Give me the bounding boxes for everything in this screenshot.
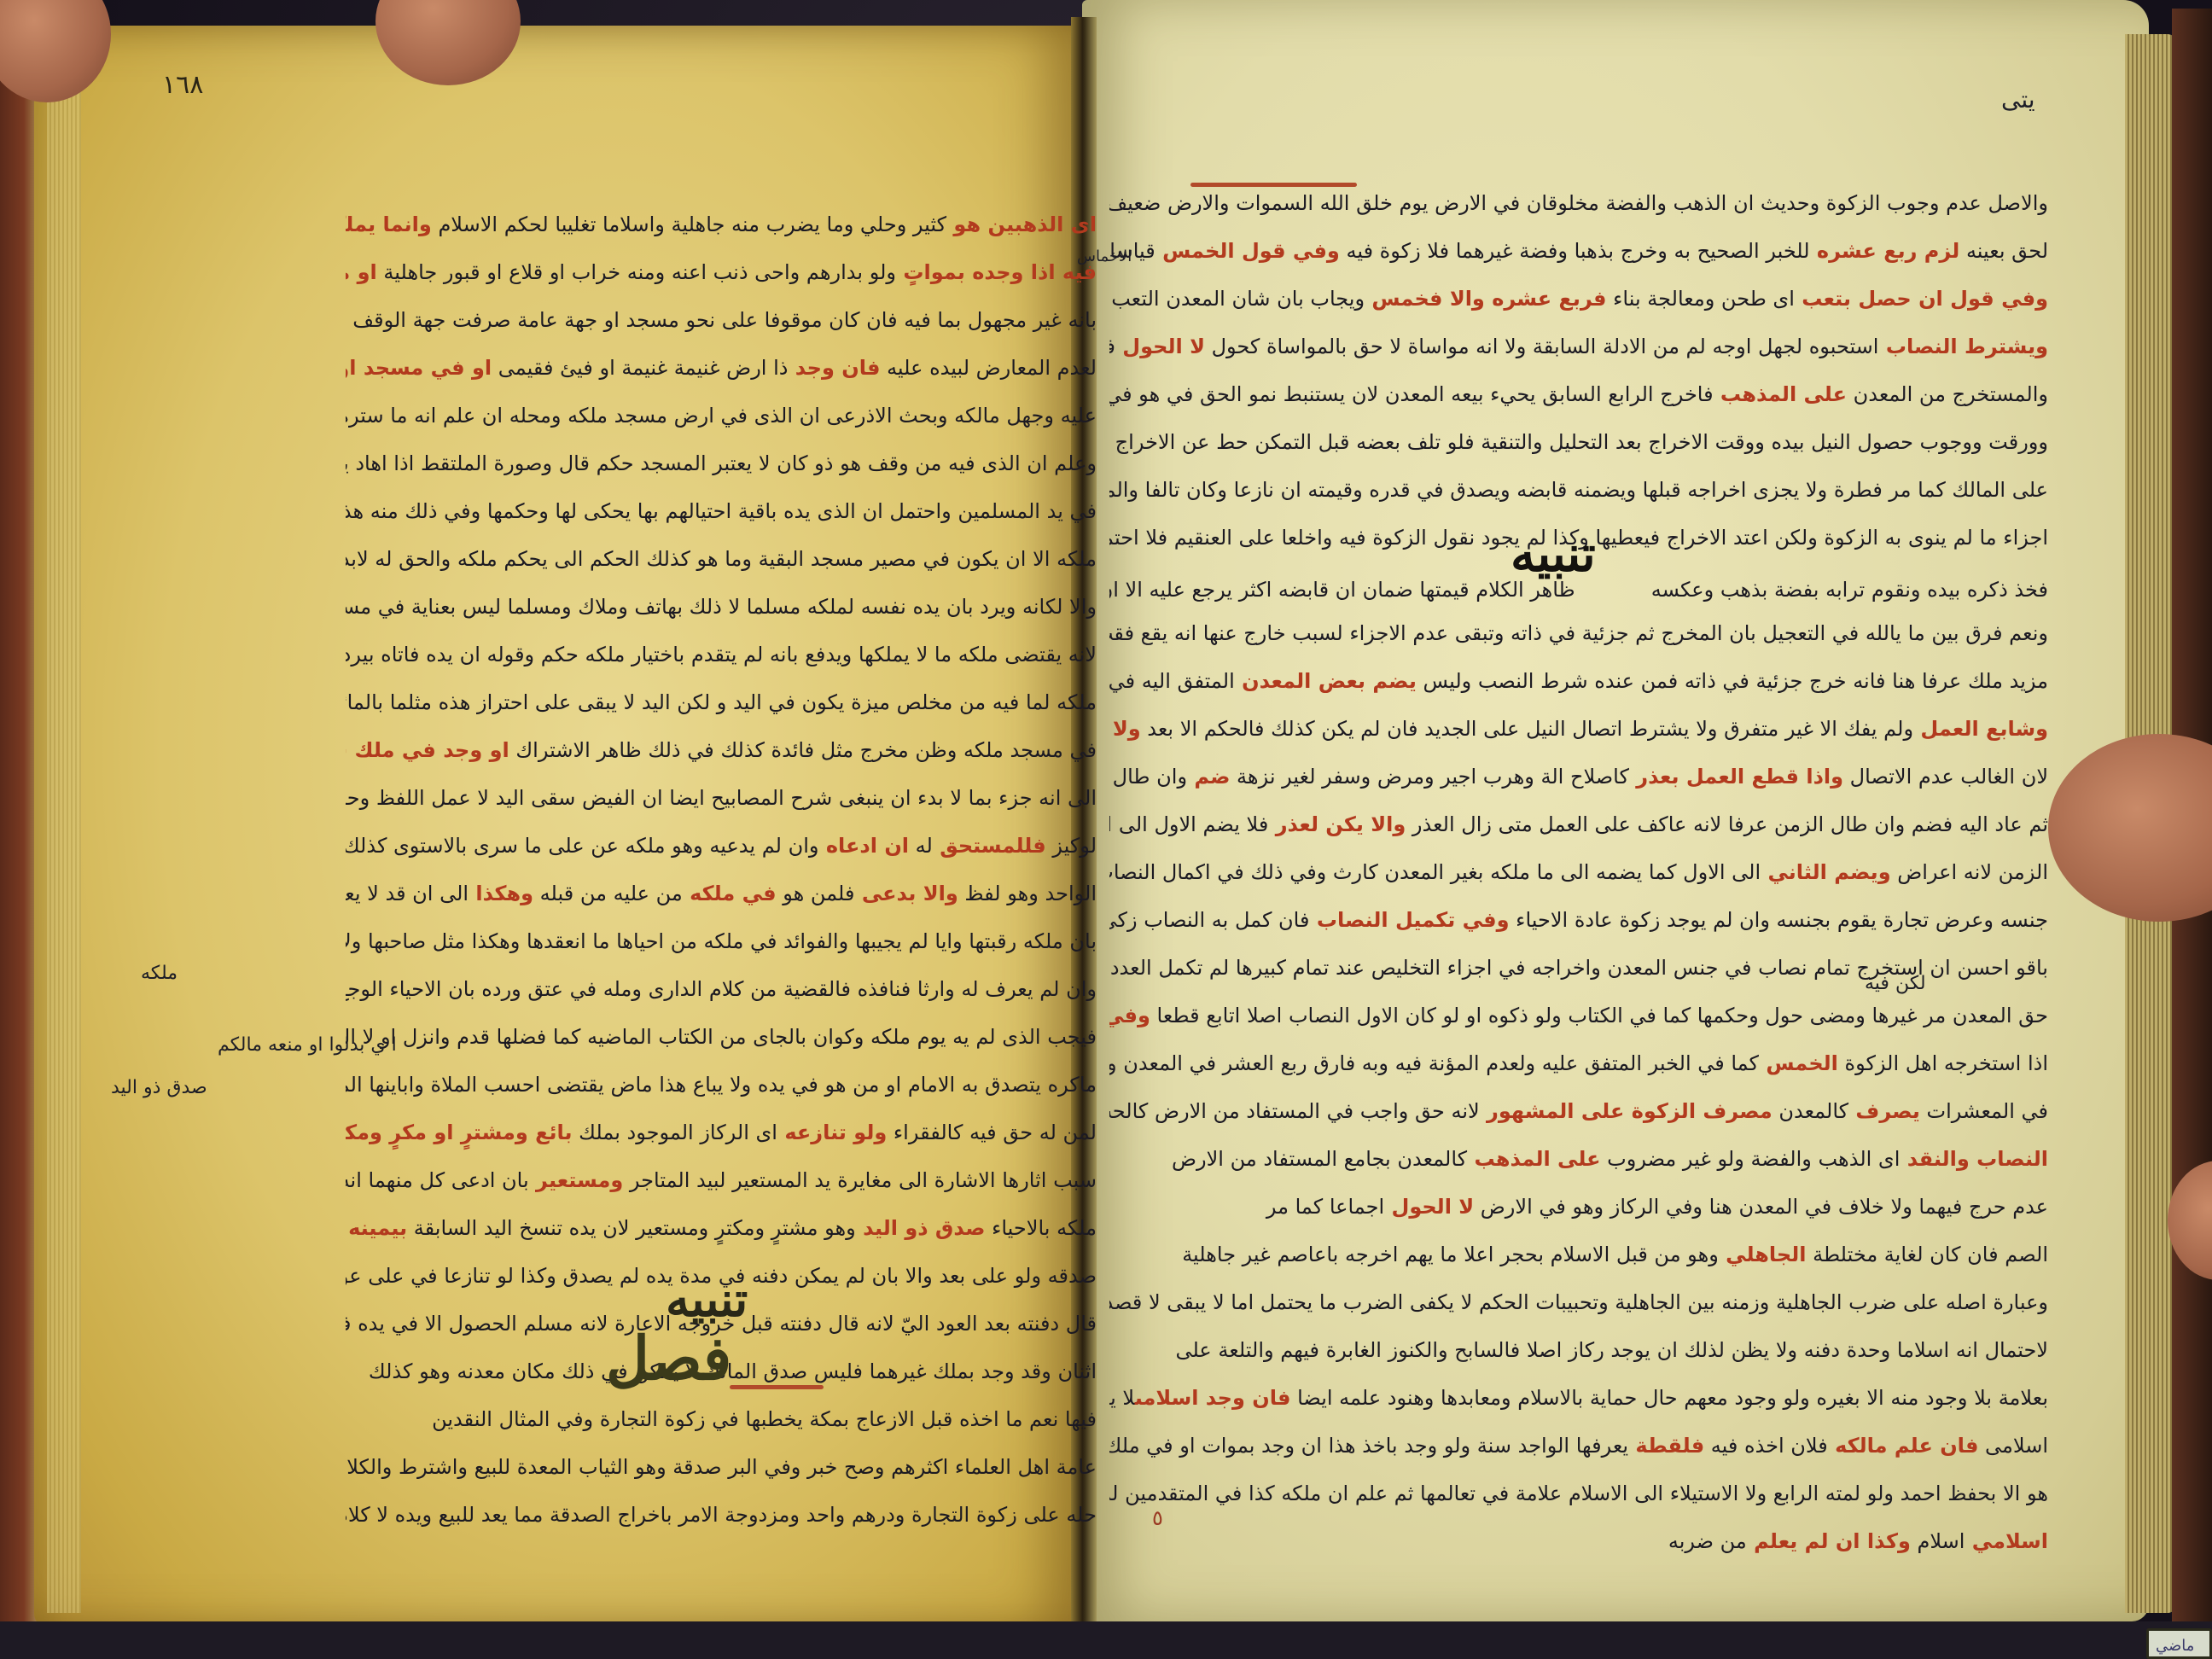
body-text: ولو بدارهم واحى ذنب اعنه ومنه خراب او قل… [377,260,896,284]
body-text: والاصل عدم وجوب الزكوة وحديث ان الذهب وا… [1109,191,2048,215]
body-text: سبب اثارها الاشارة الى مغايرة يد المستعي… [623,1168,1097,1192]
rubric-overline [730,1385,824,1389]
manuscript-line: لعدم المعارض لبيده عليه فان وجد ذا ارض غ… [346,344,1097,392]
body-text: الواحد وهو لفظ [958,882,1097,905]
fasl-heading: فصل [606,1323,731,1394]
rubric-text: لا الحول [1115,335,1205,358]
body-text: له الا الوقف [1109,1481,1118,1505]
manuscript-line: والا لكانه ويرد بان يده نفسه لملكه مسلما… [346,583,1097,631]
margin-note-left-2: ا ي بدلوا او منعه مالكم [218,1034,397,1056]
manuscript-line: هو الا بحفظ احمد ولو لمته الرابع ولا الا… [1109,1470,2048,1517]
body-text: ولم يفك الا غير متفرق ولا يشترط اتصال ال… [1141,717,1913,741]
body-text: مزيد ملك عرفا هنا فانه خرج جزئية في ذاته… [1417,669,2048,693]
body-text: اى طحن ومعالجة بناء [1607,287,1795,311]
manuscript-line: ملكه لما فيه من مخلص ميزة يكون في اليد و… [346,678,1097,726]
body-text: لانه حق واجب في المستفاد من الارض كالحب … [1109,1099,1480,1123]
body-text: لا يمكن ان لا يعلم [1109,1386,1135,1410]
rubric-text: واذا قطع العمل بعذر [1629,765,1843,789]
body-text: في زكوة التجارة وفي المثال النقدين [432,1407,739,1431]
rubric-text: صدق ذو اليد [856,1216,986,1240]
body-text: له [909,834,933,858]
body-text: وان طال الزمن عرفا لان ذلك يعد عملا [1109,765,1187,789]
rubric-text: بيمينه [346,1216,407,1240]
rubric-text: او ملك احياه [346,260,377,284]
body-text: ظاهر الكلام قيمتها ضمان ان قابضه اكثر ير… [1109,578,1575,602]
manuscript-line: اى الذهبين هو كثير وحلي وما يضرب منه جاه… [346,201,1097,248]
body-text: ويجاب بان شان المعدن التعب والركاز عدمه … [1109,287,1365,311]
manuscript-line: على المالك كما مر فطرة ولا يجزى اخراجه ق… [1109,466,2048,514]
rubric-text: الخمس [1759,1051,1838,1075]
rubric-text: والا يكن لعذر [1268,812,1406,836]
manuscript-line: ثم عاد اليه فضم وان طال الزمن عرفا لانه … [1109,800,2048,848]
folio-mark: ٥ [1152,1506,1163,1530]
manuscript-line: وفي قول ان حصل بتعب اى طحن ومعالجة بناء … [1109,275,2048,323]
manuscript-line: بعلامة بلا وجود منه الا بغيره ولو وجود م… [1109,1374,2048,1422]
rubric-text: ولو تنازعه [777,1121,887,1144]
manuscript-line: الى انه جزء بما لا بدء ان ينبغى شرح المص… [346,774,1097,822]
rubric-text: الجاهلي [1719,1243,1807,1266]
library-label: ماضي [2146,1628,2212,1659]
rubric-text: فربع عشره والا فخمس [1365,287,1606,311]
manuscript-line: بانه غير مجهول بما فيه فان كان موقوفا عل… [346,296,1097,344]
catchword: يتى [2001,85,2035,114]
left-page-stack [47,77,81,1613]
body-text: ونعم فرق بين ما يالله في التعجيل بان الم… [1109,621,2048,645]
manuscript-line: سبب اثارها الاشارة الى مغايرة يد المستعي… [346,1156,1097,1204]
body-text: الصم [1999,1243,2048,1266]
body-text: كما في الخبر المتفق عليه ولعدم المؤنة في… [1109,1051,1759,1075]
body-text: اى الركاز الموجود بملك [573,1121,777,1144]
body-text: فلا يضم الاول الى الثانى في اكمال النصاب… [1109,812,1268,836]
body-text: وان لم يعرف له وارثا فنافذه فالقضية من ك… [346,977,1097,1001]
body-text: ملكه بالاحياء [985,1216,1097,1240]
body-text: في مسجد ملكه وظن مخرج مثل فائدة كذلك في … [509,738,1097,762]
body-text: اى الذهب والفضة [1744,1147,1901,1171]
rubric-text: او وجد في ملك شخص [346,738,509,762]
body-text: كاصلاح الة وهرب اجير ومرض وسفر لغير نزهة [1230,765,1628,789]
rubric-text: وانما يملكه اى الجاهلى الواجد له وتلزمه … [346,212,432,236]
manuscript-line: وشابع العمل ولم يفك الا غير متفرق ولا يش… [1109,705,2048,753]
body-text: الزمن لانه اعراض [1891,860,2048,884]
rubric-text: النصاب والنقد [1900,1147,2048,1171]
rubric-text: لزم ربع عشره [1810,239,1960,263]
body-text: فلمن هو [777,882,855,905]
rubric-text: وهكذا [469,882,533,905]
body-text: الى ان قد لا يعرف [346,882,469,905]
rubric-text: يضم بعض المعدن [1235,669,1417,693]
body-text: بعلامة بلا وجود منه الا بغيره ولو وجود م… [1290,1386,2048,1410]
body-text: وورقت ووجوب حصول النيل بيده ووقت الاخراج… [1109,430,2048,454]
manuscript-line: الصم فان كان لغاية مختلطة الجاهلي وهو من… [1109,1231,2048,1278]
body-text: وان لم يدعيه وهو ملكه عن على ما سرى بالا… [346,834,818,858]
body-text: لوكيز [1046,834,1097,858]
rubric-text: فان وجد [788,356,880,380]
body-text: بان ملكه رقبتها وايا لم يجيبها والفوائد … [346,929,1097,953]
body-text: عامة اهل العلماء اكثرهم وصح خبر وفي البر… [346,1455,1097,1479]
body-text: فان كان لغاية مختلطة [1806,1243,1998,1266]
body-text: ذا ارض غنيمة غنيمة او فيئ فقيمى [492,356,788,380]
body-text: في المعشرات [1920,1099,2048,1123]
rubric-text: ولا يشترط اتصال النيل على الجديد [1109,717,1141,741]
rubric-text: فلقطة [1628,1434,1704,1458]
body-text: اذا استخرجه اهل الزكوة [1838,1051,2048,1075]
rubric-text: اى الذهبين هو [946,212,1097,236]
manuscript-line: وعلم ان الذى فيه من وقف هو ذو كان لا يعت… [346,439,1097,487]
rubric-text: ويشترط النصاب [1878,335,2048,358]
rubric-text: فان علم مالكه [1828,1434,1979,1458]
body-text: فلان اخذه فيه [1704,1434,1828,1458]
body-text: وعلم ان الذى فيه من وقف هو ذو كان لا يعت… [346,451,1097,475]
manuscript-line: لان الغالب عدم الاتصال واذا قطع العمل بع… [1109,753,2048,800]
body-text: المتفق اليه في بعض والعينيين الاذى بعد ا… [1109,669,1235,693]
margin-note-gutter: الاخماس [1077,247,1132,265]
margin-note-left-1: ملكه [141,963,178,984]
manuscript-line: فيه اذا وجده بمواتٍ ولو بدارهم واحى ذنب … [346,248,1097,296]
manuscript-line: فيها نعم ما اخذه قبل الازعاج بمكة يخطبها… [346,1395,1097,1443]
rubric-text: ضم [1187,765,1230,789]
rubric-text: مصرف الزكوة على المشهور [1480,1099,1773,1123]
manuscript-line: عامة اهل العلماء اكثرهم وصح خبر وفي البر… [346,1443,1097,1491]
manuscript-line: وعبارة اصله على ضرب الجاهلية وزمنه بين ا… [1109,1278,2048,1326]
body-text: ولو غير مضروب [1601,1147,1744,1171]
manuscript-line: والاصل عدم وجوب الزكوة وحديث ان الذهب وا… [1109,179,2048,227]
body-text: هو الا بحفظ احمد ولو لمته الرابع ولا الا… [1118,1481,2048,1505]
rubric-text: وفي تكميل النصاب [1309,908,1509,932]
rubric-text: وفي قول ان حصل بتعب [1795,287,2048,311]
body-text: من ضربه [1668,1529,1747,1553]
rubric-text: وشابع العمل [1913,717,2048,741]
rubric-text: ومستعير [529,1168,624,1192]
manuscript-line: لوكيز فللمستحق له ان ادعاه وان لم يدعيه … [346,822,1097,870]
tanbih-heading-left: تنبيه [666,1272,748,1328]
rubric-text: ان ادعاه [818,834,909,858]
tanbih-heading-right: تنبيه [1511,525,1596,583]
body-text: وان طال الزمن عرفا لانه عاكف على العمل م… [1406,812,1905,836]
rubric-text: بائع ومشترٍ او مكرٍ ومكترٍ ومعير [346,1121,573,1144]
bottom-shadow [0,1621,2212,1659]
open-book: ١٦٨ اى الذهبين هو كثير وحلي وما يضرب منه… [0,0,2212,1659]
manuscript-line: حق المعدن مر غيرها ومضى حول وحكمها كما ف… [1109,992,2048,1039]
rubric-text: اسلامي [1965,1529,2048,1553]
margin-note-left-3: صدق ذو اليد [111,1077,207,1098]
body-text: كثير وحلي وما يضرب منه جاهلية واسلاما تغ… [432,212,946,236]
body-text: اسلامى [1978,1434,2048,1458]
manuscript-line: جنسه وعرض تجارة يقوم بجنسه وان لم يوجد ز… [1109,896,2048,944]
rubric-text: والا بدعى [854,882,958,905]
manuscript-line: حله على زكوة التجارة ودرهم واحد ومزدوجة … [346,1491,1097,1539]
rubric-text: على المذهب [1467,1147,1600,1171]
manuscript-line: في مسجد ملكه وظن مخرج مثل فائدة كذلك في … [346,726,1097,774]
body-text: استحبوه لجهل اوجه لم من الادلة السابقة و… [1205,335,1879,358]
body-text: ماكره يتصدق به الامام او من هو في يده ول… [346,1073,1097,1097]
body-text: ملكه لما فيه من مخلص ميزة يكون في اليد و… [346,690,1097,714]
manuscript-line: مزيد ملك عرفا هنا فانه خرج جزئية في ذاته… [1109,657,2048,705]
manuscript-line: ونعم فرق بين ما يالله في التعجيل بان الم… [1109,609,2048,657]
body-text: فان كمل به النصاب زكى الثانى ولا شئ للاخ… [1109,908,1309,932]
manuscript-line: وان لم يعرف له وارثا فنافذه فالقضية من ك… [346,965,1097,1013]
body-text: وهو من قبل الاسلام بحجر اعلا ما يهم اخرج… [1182,1243,1719,1266]
rubric-text: فيه اذا وجده بمواتٍ [896,260,1097,284]
rubric-text: فان وجد اسلامى [1135,1386,1291,1410]
body-text: كالمعدن بجامع المستفاد من الارض [1172,1147,1467,1171]
body-text: في يد المسلمين واحتمل ان الذى يده باقية … [346,499,1097,523]
rubric-text: في ملكه [683,882,777,905]
manuscript-line: لاحتمال انه اسلاما وحدة دفنه ولا يظن لذل… [1109,1326,2048,1374]
body-text: ثم عاد اليه فضم [1905,812,2048,836]
manuscript-line: وورقت ووجوب حصول النيل بيده ووقت الاخراج… [1109,418,2048,466]
body-text: للخبر الصحيح به وخرج بذهبا وفضة غيرهما ف… [1340,239,1810,263]
rubric-text: فللمستحق [933,834,1046,858]
manuscript-line: بان ملكه رقبتها وايا لم يجيبها والفوائد … [346,917,1097,965]
manuscript-line: اذا استخرجه اهل الزكوة الخمس كما في الخب… [1109,1039,2048,1087]
body-text: بان ادعى كل منهما انه له وانه الذى دفنه … [346,1168,529,1192]
body-text: اسلام [1911,1529,1965,1553]
body-text: لعدم المعارض لبيده عليه [880,356,1097,380]
rubric-text: على المذهب [1714,382,1847,406]
body-text: ملكه الا ان يكون في مصير مسجد البقية وما… [346,547,1097,571]
body-text: حق المعدن مر غيرها ومضى حول وحكمها كما ف… [1150,1004,2048,1027]
body-text: لحق بعينه [1959,239,2048,263]
rubric-text: او في مسجد او شارع [346,356,492,380]
rubric-text: ويضم الثاني [1761,860,1890,884]
manuscript-line: لحق بعينه لزم ربع عشره للخبر الصحيح به و… [1109,227,2048,275]
body-text: وهو مشترٍ ومكترٍ ومستعير لان يده تنسخ ال… [407,1216,856,1240]
body-text: كالمعدن [1773,1099,1848,1123]
manuscript-line: والمستخرج من المعدن على المذهب فاخرج الر… [1109,370,2048,418]
rubric-text: لا الحول [1384,1195,1474,1219]
margin-note-right: لكن فيه [1865,973,1926,994]
body-text: لمن له حق فيه كالفقراء [887,1121,1097,1144]
manuscript-line: الواحد وهو لفظ والا بدعى فلمن هو في ملكه… [346,870,1097,917]
manuscript-line: ويشترط النصاب استحبوه لجهل اوجه لم من ال… [1109,323,2048,370]
body-text: في الاظهر لا الحاجة الى المال اليه [1109,335,1115,358]
body-text: من عليه من قبله [533,882,683,905]
manuscript-line: في يد المسلمين واحتمل ان الذى يده باقية … [346,487,1097,535]
manuscript-line: لانه يقتضى ملكه ما لا يملكها ويدفع بانه … [346,631,1097,678]
manuscript-line: لمن له حق فيه كالفقراء ولو تنازعه اى الر… [346,1109,1097,1156]
body-text: الى الاول كما يضمه الى ما ملكه بغير المع… [1109,860,1761,884]
manuscript-line: اسلامى فان علم مالكه فلان اخذه فيه فلقطة… [1109,1422,2048,1470]
body-text: لانه يقتضى ملكه ما لا يملكها ويدفع بانه … [346,643,1097,667]
body-text: وعبارة اصله على ضرب الجاهلية وزمنه بين ا… [1109,1290,2048,1314]
manuscript-line: النصاب والنقد اى الذهب والفضة ولو غير مض… [1109,1135,2048,1183]
body-text: الى انه جزء بما لا بدء ان ينبغى شرح المص… [346,786,1097,810]
manuscript-line: في المعشرات يصرف كالمعدن مصرف الزكوة على… [1109,1087,2048,1135]
manuscript-line: ماكره يتصدق به الامام او من هو في يده ول… [346,1061,1097,1109]
manuscript-line: عليه وجهل مالكه وبحث الاذرعى ان الذى في … [346,392,1097,439]
rubric-text: وفي الركاز [1109,1004,1150,1027]
manuscript-line: عدم حرج فيهما ولا خلاف في المعدن هنا وفي… [1109,1183,2048,1231]
body-text: اثنان وقد وجد بملك غيرهما فليس صدق المال… [697,1359,1097,1383]
body-text: حله على زكوة التجارة ودرهم واحد ومزدوجة … [346,1503,1097,1527]
manuscript-line: فيجب الذى لم يه يوم ملكه وكوان بالجاى من… [346,1013,1097,1061]
body-text: على المالك كما مر فطرة ولا يجزى اخراجه ق… [1109,478,2048,502]
manuscript-photo: ١٦٨ اى الذهبين هو كثير وحلي وما يضرب منه… [0,0,2212,1659]
rubric-text: وفي قول الخمس [1155,239,1340,263]
body-text: والا لكانه ويرد بان يده نفسه لملكه مسلما… [346,595,1097,619]
manuscript-line: اسلامي اسلام وكذا ان لم يعلم من ضربه [1109,1517,2048,1565]
body-text: فيها نعم ما اخذه قبل الازعاج بمكة يخطبها [739,1407,1097,1431]
body-text: عليه وجهل مالكه وبحث الاذرعى ان الذى في … [346,404,1097,428]
manuscript-line: الزمن لانه اعراض ويضم الثاني الى الاول ك… [1109,848,2048,896]
body-text: لاحتمال انه اسلاما وحدة دفنه ولا يظن لذل… [1175,1338,2048,1362]
body-text: فيجب الذى لم يه يوم ملكه وكوان بالجاى من… [346,1025,1097,1049]
body-text: يعرفها الواجد سنة ولو وجد باخذ هذا ان وج… [1109,1434,1628,1458]
body-text: فخذ ذكره بيده ونقوم ترابه بفضة بذهب وعكس… [1644,578,2048,602]
rubric-text: وكذا ان لم يعلم [1747,1529,1911,1553]
page-number: ١٦٨ [162,70,203,100]
body-text: عدم حرج فيهما ولا خلاف في المعدن هنا وفي… [1474,1195,2048,1219]
body-text: والمستخرج من المعدن [1847,382,2048,406]
rubric-text: يصرف [1848,1099,1920,1123]
body-text: اجماعا كما مر [1266,1195,1384,1219]
body-text: فاخرج الرابع السابق يحيء بيعه المعدن لان… [1109,382,1714,406]
body-text: بانه غير مجهول بما فيه فان كان موقوفا عل… [346,308,1097,332]
body-text: جنسه وعرض تجارة يقوم بجنسه وان لم يوجد ز… [1510,908,2048,932]
body-text: لان الغالب عدم الاتصال [1843,765,2048,789]
manuscript-line: ملكه بالاحياء صدق ذو اليد وهو مشترٍ ومكت… [346,1204,1097,1252]
manuscript-line: ملكه الا ان يكون في مصير مسجد البقية وما… [346,535,1097,583]
right-text-block: والاصل عدم وجوب الزكوة وحديث ان الذهب وا… [1109,179,2048,1459]
